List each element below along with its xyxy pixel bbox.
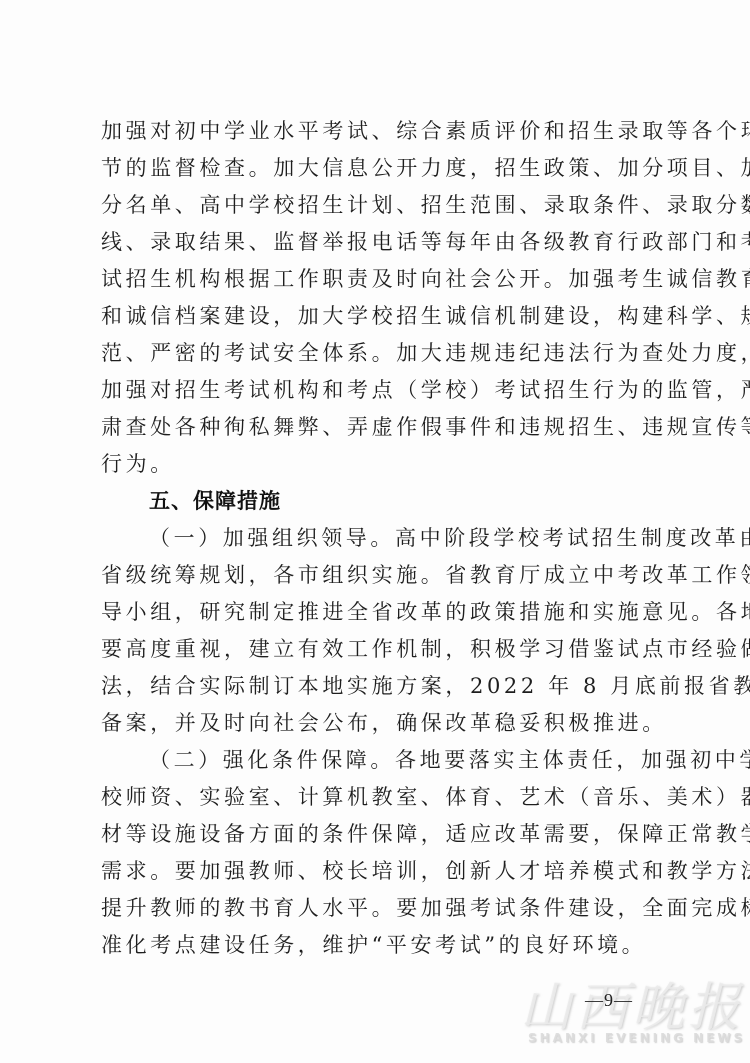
text-line: 肃查处各种徇私舞弊、弄虚作假事件和违规招生、违规宣传等 [101,409,661,446]
text-line: 要高度重视，建立有效工作机制，积极学习借鉴试点市经验做 [101,631,661,668]
text-line: 试招生机构根据工作职责及时向社会公开。加强考生诚信教育 [101,261,661,298]
text-line: 加强对初中学业水平考试、综合素质评价和招生录取等各个环 [101,113,661,150]
text-line: 分名单、高中学校招生计划、招生范围、录取条件、录取分数 [101,187,661,224]
document-body: 加强对初中学业水平考试、综合素质评价和招生录取等各个环 节的监督检查。加大信息公… [101,113,661,964]
section-heading: 五、保障措施 [101,483,661,520]
watermark-english: SHANXI EVENING NEWS [528,1031,745,1045]
text-line: 导小组，研究制定推进全省改革的政策措施和实施意见。各地 [101,594,661,631]
text-line: （二）强化条件保障。各地要落实主体责任，加强初中学 [101,742,661,779]
text-line: 节的监督检查。加大信息公开力度，招生政策、加分项目、加 [101,150,661,187]
text-line: 和诚信档案建设，加大学校招生诚信机制建设，构建科学、规 [101,298,661,335]
text-line: 校师资、实验室、计算机教室、体育、艺术（音乐、美术）器 [101,779,661,816]
text-line: 提升教师的教书育人水平。要加强考试条件建设，全面完成标 [101,890,661,927]
text-line: 材等设施设备方面的条件保障，适应改革需要，保障正常教学 [101,816,661,853]
text-line: 需求。要加强教师、校长培训，创新人才培养模式和教学方法， [101,853,661,890]
text-line: 行为。 [101,446,661,483]
text-line: 准化考点建设任务，维护“平安考试”的良好环境。 [101,927,661,964]
watermark-logo: 山西晚报 SHANXI EVENING NEWS [520,965,750,1055]
document-page: 加强对初中学业水平考试、综合素质评价和招生录取等各个环 节的监督检查。加大信息公… [0,0,750,1063]
text-line: 省级统筹规划，各市组织实施。省教育厅成立中考改革工作领 [101,557,661,594]
text-line: （一）加强组织领导。高中阶段学校考试招生制度改革由 [101,520,661,557]
page-number: —9— [585,990,633,1011]
text-line: 范、严密的考试安全体系。加大违规违纪违法行为查处力度， [101,335,661,372]
text-line: 加强对招生考试机构和考点（学校）考试招生行为的监管，严 [101,372,661,409]
text-line: 法，结合实际制订本地实施方案，2022 年 8 月底前报省教育厅 [101,668,661,705]
text-line: 线、录取结果、监督举报电话等每年由各级教育行政部门和考 [101,224,661,261]
text-line: 备案，并及时向社会公布，确保改革稳妥积极推进。 [101,705,661,742]
